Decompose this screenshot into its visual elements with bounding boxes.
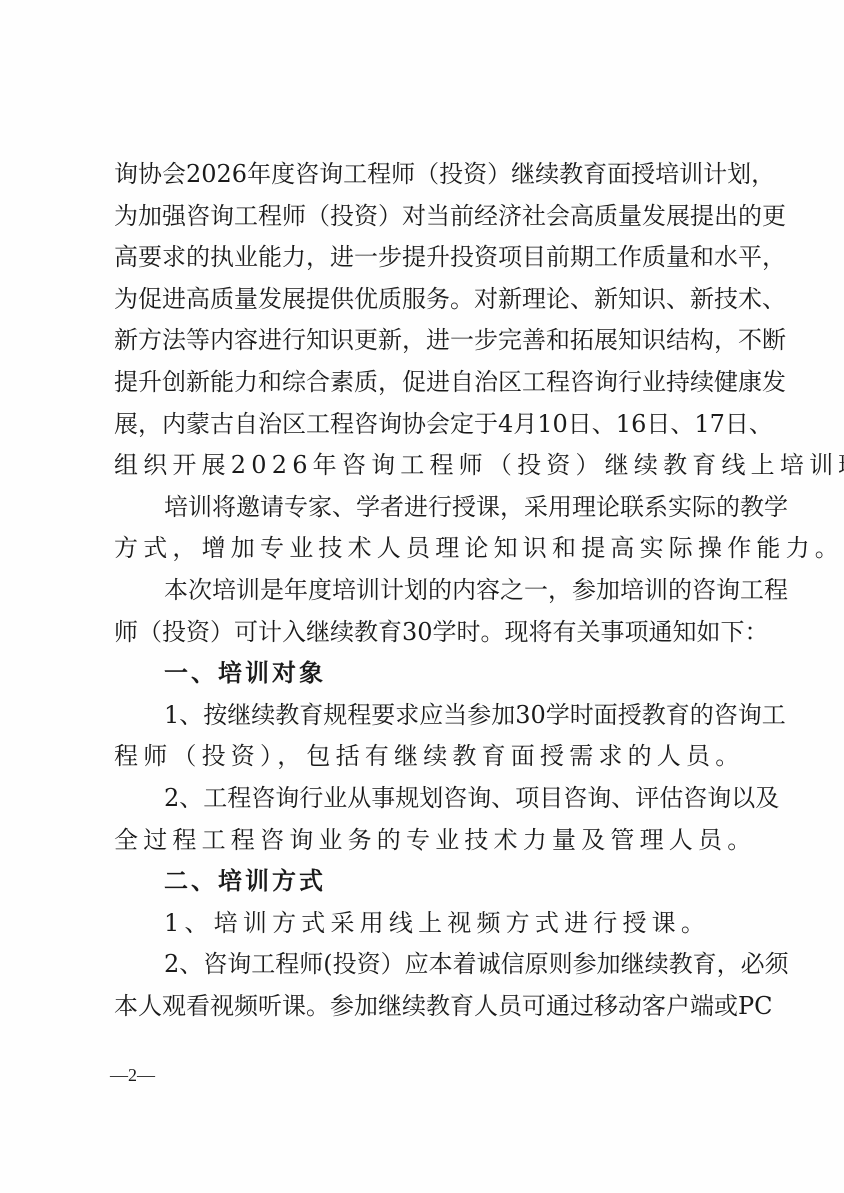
paragraph-line: 高要求的执业能力，进一步提升投资项目前期工作质量和水平，	[114, 237, 740, 279]
list-item-line: 2、咨询工程师(投资）应本着诚信原则参加继续教育，必须	[114, 944, 740, 986]
page-number: —2—	[110, 1065, 155, 1086]
paragraph-line: 师（投资）可计入继续教育30学时。现将有关事项通知如下：	[114, 612, 740, 654]
list-item-line: 1、按继续教育规程要求应当参加30学时面授教育的咨询工	[114, 695, 740, 737]
section-heading-training-targets: 一、培训对象	[114, 653, 740, 695]
list-item-line: 程师（投资），包括有继续教育面授需求的人员。	[114, 736, 740, 778]
paragraph-line: 为加强咨询工程师（投资）对当前经济社会高质量发展提出的更	[114, 196, 740, 238]
paragraph-line: 方式，增加专业技术人员理论知识和提高实际操作能力。	[114, 528, 740, 570]
list-item-line: 2、工程咨询行业从事规划咨询、项目咨询、评估咨询以及	[114, 778, 740, 820]
document-body: 询协会2026年度咨询工程师（投资）继续教育面授培训计划， 为加强咨询工程师（投…	[114, 154, 740, 1027]
paragraph-line: 组织开展2026年咨询工程师（投资）继续教育线上培训班。	[114, 445, 740, 487]
paragraph-line: 新方法等内容进行知识更新，进一步完善和拓展知识结构，不断	[114, 320, 740, 362]
paragraph-line: 本次培训是年度培训计划的内容之一，参加培训的咨询工程	[114, 570, 740, 612]
paragraph-line: 培训将邀请专家、学者进行授课，采用理论联系实际的教学	[114, 487, 740, 529]
list-item-line: 本人观看视频听课。参加继续教育人员可通过移动客户端或PC	[114, 986, 740, 1028]
section-heading-training-method: 二、培训方式	[114, 861, 740, 903]
list-item-line: 1、培训方式采用线上视频方式进行授课。	[114, 903, 740, 945]
document-page: 询协会2026年度咨询工程师（投资）继续教育面授培训计划， 为加强咨询工程师（投…	[0, 0, 844, 1193]
list-item-line: 全过程工程咨询业务的专业技术力量及管理人员。	[114, 820, 740, 862]
paragraph-line: 展，内蒙古自治区工程咨询协会定于4月10日、16日、17日、	[114, 404, 740, 446]
paragraph-line: 提升创新能力和综合素质，促进自治区工程咨询行业持续健康发	[114, 362, 740, 404]
paragraph-line: 询协会2026年度咨询工程师（投资）继续教育面授培训计划，	[114, 154, 740, 196]
paragraph-line: 为促进高质量发展提供优质服务。对新理论、新知识、新技术、	[114, 279, 740, 321]
